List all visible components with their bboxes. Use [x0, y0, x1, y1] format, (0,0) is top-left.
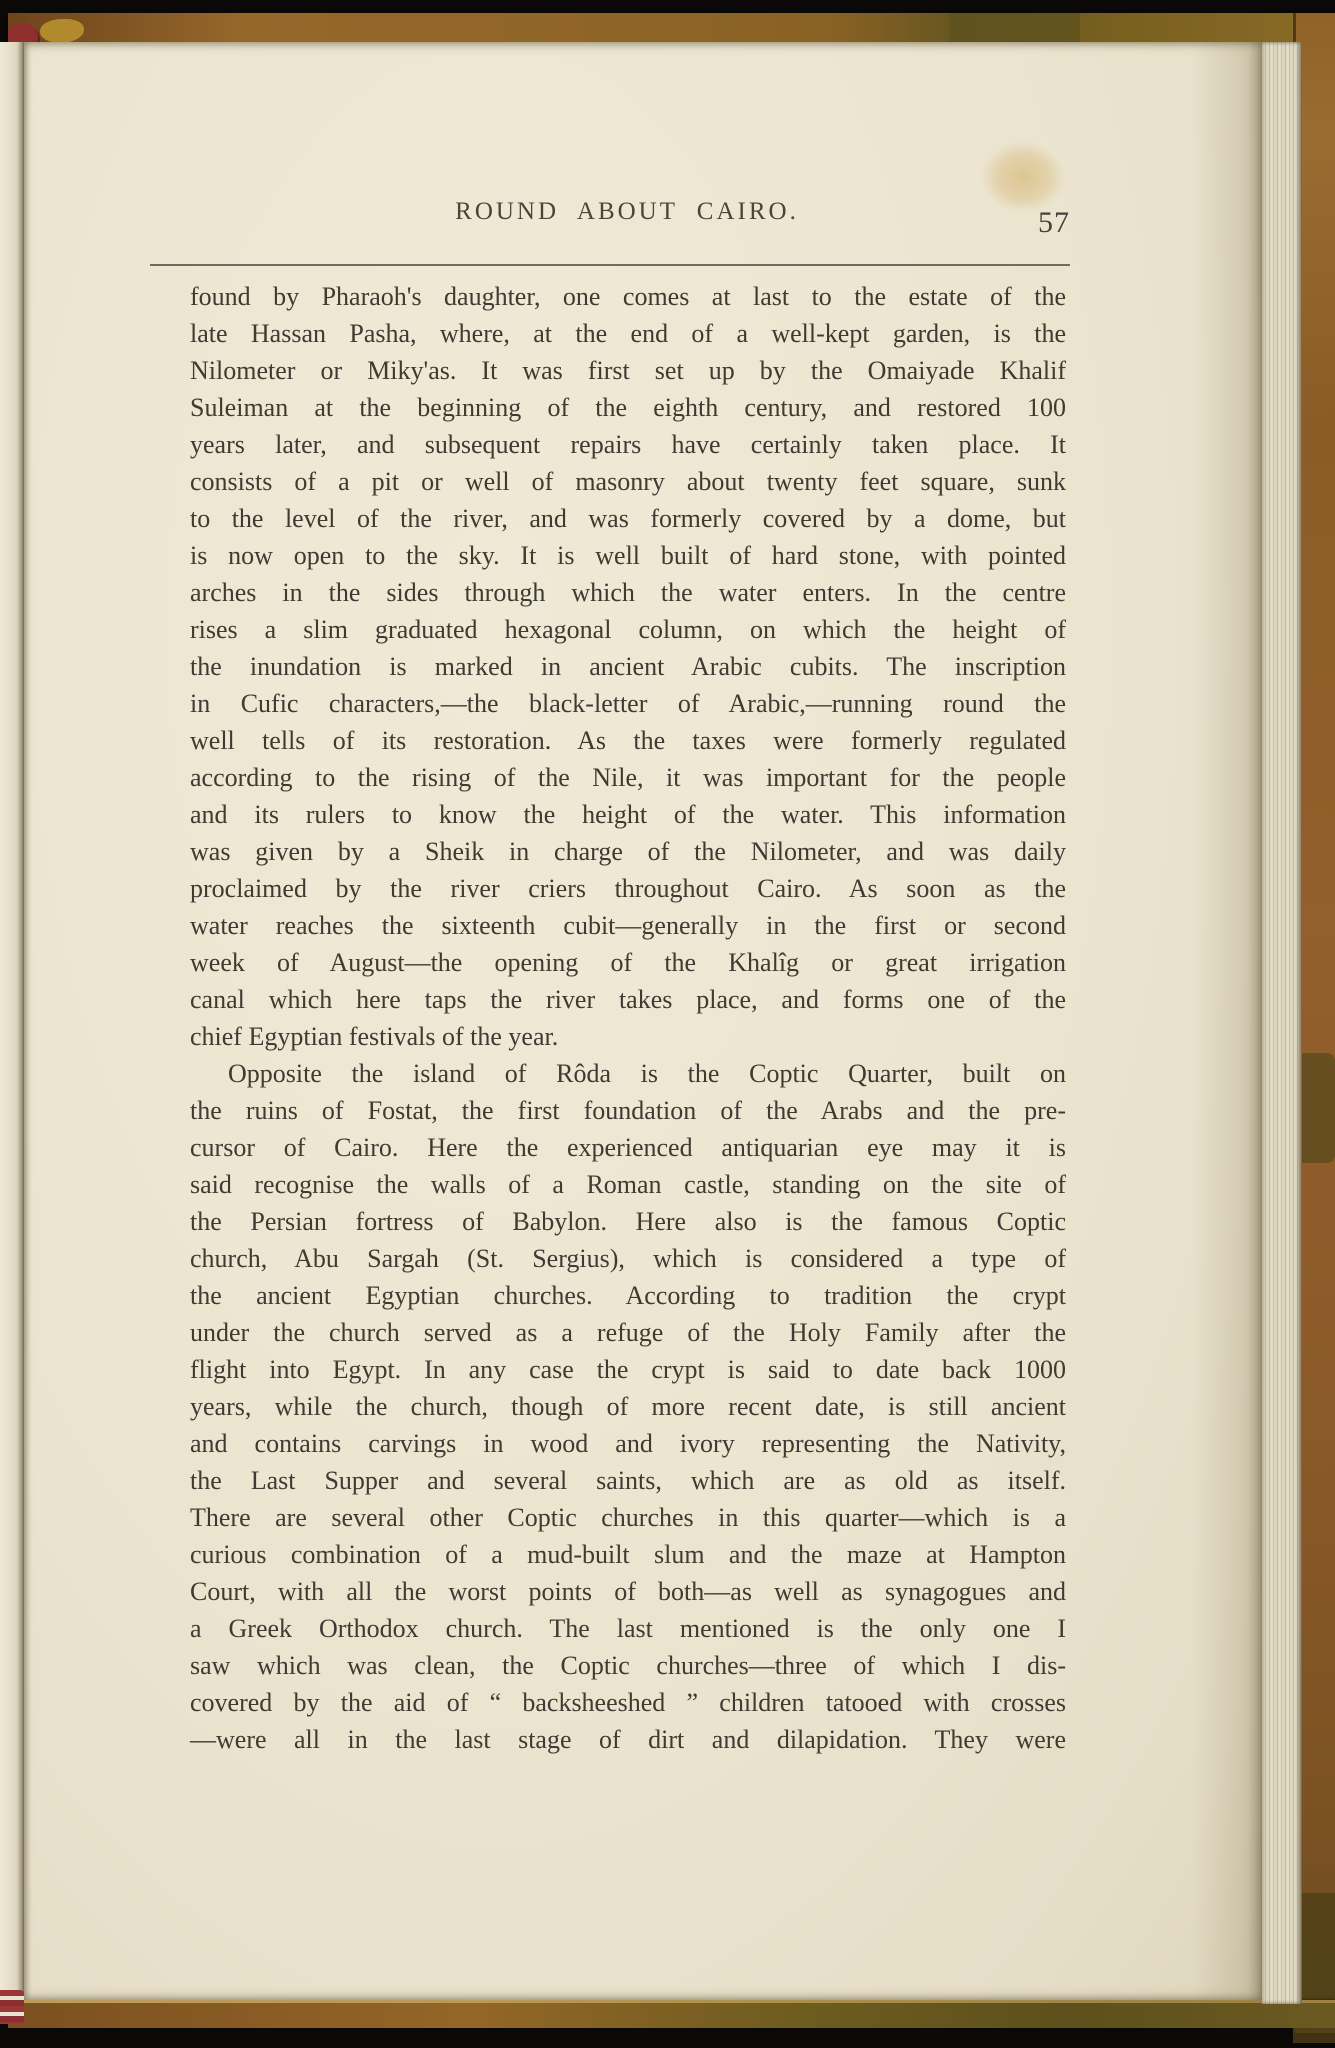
text-line: in Cufic characters,—the black-letter of…: [190, 685, 1066, 722]
text-line: consists of a pit or well of masonry abo…: [190, 463, 1066, 500]
text-line: the inundation is marked in ancient Arab…: [190, 648, 1066, 685]
paragraph: Opposite the island of Rôda is the Copti…: [190, 1055, 1066, 1758]
text-line: the ancient Egyptian churches. According…: [190, 1277, 1066, 1314]
text-line: Suleiman at the beginning of the eighth …: [190, 389, 1066, 426]
text-line: chief Egyptian festivals of the year.: [190, 1018, 1066, 1055]
page-curvature-shadow: [1192, 42, 1262, 2000]
text-line: a Greek Orthodox church. The last mentio…: [190, 1610, 1066, 1647]
book-photo: ROUND ABOUT CAIRO. 57 found by Pharaoh's…: [0, 0, 1335, 2048]
text-line: under the church served as a refuge of t…: [190, 1314, 1066, 1351]
page-fore-edge-stack: [1262, 42, 1302, 2004]
text-line: well tells of its restoration. As the ta…: [190, 722, 1066, 759]
gilt-speck: [40, 19, 84, 43]
text-line: said recognise the walls of a Roman cast…: [190, 1166, 1066, 1203]
text-line: the ruins of Fostat, the first foundatio…: [190, 1092, 1066, 1129]
text-block: found by Pharaoh's daughter, one comes a…: [190, 278, 1066, 1758]
page-number: 57: [190, 206, 1070, 240]
text-line: rises a slim graduated hexagonal column,…: [190, 611, 1066, 648]
leather-patch: [950, 13, 1080, 43]
text-line: and contains carvings in wood and ivory …: [190, 1425, 1066, 1462]
header-rule: [150, 264, 1070, 266]
text-line: water reaches the sixteenth cubit—genera…: [190, 907, 1066, 944]
headband: [0, 1990, 24, 2024]
text-line: covered by the aid of “ backsheeshed ” c…: [190, 1684, 1066, 1721]
text-line: according to the rising of the Nile, it …: [190, 759, 1066, 796]
text-line: the Last Supper and several saints, whic…: [190, 1462, 1066, 1499]
text-line: Opposite the island of Rôda is the Copti…: [190, 1055, 1066, 1092]
text-line: —were all in the last stage of dirt and …: [190, 1721, 1066, 1758]
paragraph: found by Pharaoh's daughter, one comes a…: [190, 278, 1066, 1055]
text-line: years later, and subsequent repairs have…: [190, 426, 1066, 463]
text-line: canal which here taps the river takes pl…: [190, 981, 1066, 1018]
text-line: the Persian fortress of Babylon. Here al…: [190, 1203, 1066, 1240]
text-line: There are several other Coptic churches …: [190, 1499, 1066, 1536]
text-line: to the level of the river, and was forme…: [190, 500, 1066, 537]
page-bottom-gilt-edge: [8, 2000, 1335, 2003]
text-line: Court, with all the worst points of both…: [190, 1573, 1066, 1610]
text-line: late Hassan Pasha, where, at the end of …: [190, 315, 1066, 352]
text-line: is now open to the sky. It is well built…: [190, 537, 1066, 574]
text-line: arches in the sides through which the wa…: [190, 574, 1066, 611]
text-line: curious combination of a mud-built slum …: [190, 1536, 1066, 1573]
text-line: saw which was clean, the Coptic churches…: [190, 1647, 1066, 1684]
text-line: and its rulers to know the height of the…: [190, 796, 1066, 833]
text-line: proclaimed by the river criers throughou…: [190, 870, 1066, 907]
text-line: years, while the church, though of more …: [190, 1388, 1066, 1425]
text-line: week of August—the opening of the Khalîg…: [190, 944, 1066, 981]
text-line: found by Pharaoh's daughter, one comes a…: [190, 278, 1066, 315]
page-gutter-edge: [0, 42, 24, 2000]
book-cover-bottom-edge: [8, 2000, 1335, 2028]
text-line: Nilometer or Miky'as. It was first set u…: [190, 352, 1066, 389]
text-line: was given by a Sheik in charge of the Ni…: [190, 833, 1066, 870]
text-line: church, Abu Sargah (St. Sergius), which …: [190, 1240, 1066, 1277]
text-line: cursor of Cairo. Here the experienced an…: [190, 1129, 1066, 1166]
text-line: flight into Egypt. In any case the crypt…: [190, 1351, 1066, 1388]
book-page: ROUND ABOUT CAIRO. 57 found by Pharaoh's…: [24, 42, 1262, 2000]
